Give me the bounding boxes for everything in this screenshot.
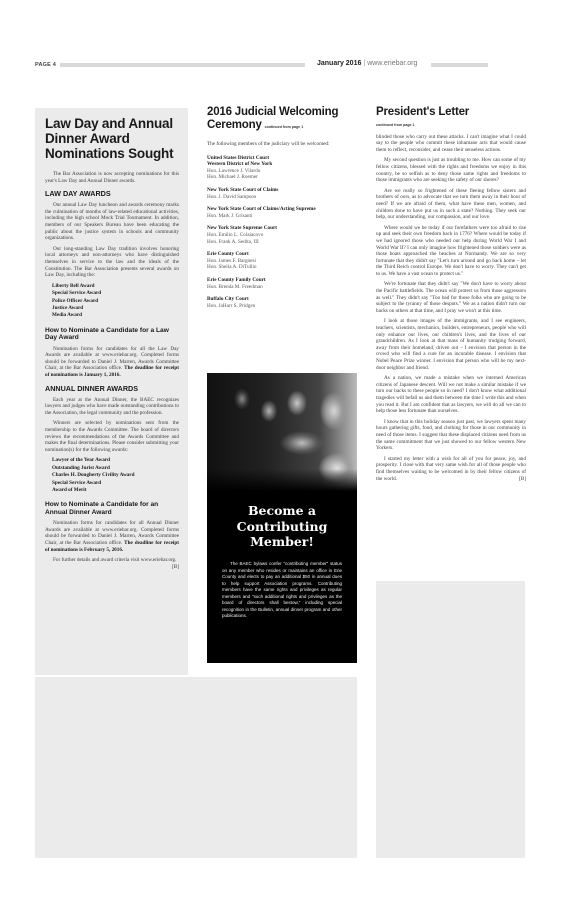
- judiciary-intro: The following members of the judiciary w…: [207, 141, 359, 148]
- award-item: Special Service Award: [52, 480, 179, 487]
- letter-paragraph: I know that in this holiday season just …: [376, 419, 526, 452]
- header-rule-right: [431, 63, 488, 67]
- court-group: New York State Court of Claims Hon. J. D…: [207, 187, 359, 200]
- court-name: New York State Court of Claims: [207, 187, 359, 194]
- law-day-nominate-text: Nomination forms for candidates for all …: [45, 346, 179, 379]
- court-district: Western District of New York: [207, 161, 359, 168]
- annual-dinner-awards-list: Lawyer of the Year Award Outstanding Jur…: [45, 457, 179, 494]
- left-article-title: Law Day and Annual Dinner Award Nominati…: [45, 116, 179, 161]
- promo-title-line-2: Contributing: [237, 519, 328, 534]
- judge-name: Hon. James F. Bargnesi: [207, 258, 359, 265]
- law-day-awards-list: Liberty Bell Award Special Service Award…: [45, 283, 179, 320]
- award-item: Media Award: [52, 312, 179, 319]
- promo-title: Become a Contributing Member!: [207, 503, 357, 550]
- letter-paragraph: As a nation, we made a mistake when we i…: [376, 375, 526, 415]
- court-name: New York State Supreme Court: [207, 225, 359, 232]
- award-item: Special Service Award: [52, 290, 179, 297]
- article-end-mark: [B]: [511, 476, 526, 483]
- letter-paragraph: We're fortunate that they didn't say "We…: [376, 281, 526, 314]
- right-article-title: President's Letter: [376, 106, 526, 119]
- judge-name: Hon. Lawrence J. Vilardo: [207, 168, 359, 175]
- law-day-heading: LAW DAY AWARDS: [45, 190, 179, 198]
- judge-name: Hon. Emilio L. Colaiacovo: [207, 232, 359, 239]
- left-article: Law Day and Annual Dinner Award Nominati…: [45, 116, 179, 570]
- award-item: Award of Merit: [52, 487, 179, 494]
- court-group: New York State Supreme Court Hon. Emilio…: [207, 225, 359, 245]
- court-name: Erie County Court: [207, 251, 359, 258]
- court-group: New York State Court of Claims/Acting Su…: [207, 206, 359, 219]
- middle-article: 2016 Judicial Welcoming Ceremony continu…: [207, 106, 359, 315]
- award-item: Lawyer of the Year Award: [52, 457, 179, 464]
- letter-paragraph: My second question is just as troubling …: [376, 157, 526, 183]
- photo-fade: [207, 469, 357, 491]
- right-article: President's Letter continued from page 1…: [376, 106, 526, 486]
- award-item: Liberty Bell Award: [52, 283, 179, 290]
- judge-name: Hon. JaHarr S. Pridgen: [207, 303, 359, 310]
- annual-dinner-para-1: Each year at the Annual Dinner, the BAEC…: [45, 397, 179, 417]
- judge-name: Hon. Sheila A. DiTullio: [207, 264, 359, 271]
- annual-dinner-nominate-heading: How to Nominate a Candidate for an Annua…: [45, 501, 179, 516]
- header-rule-left: [60, 63, 305, 67]
- court-name: United States District Court: [207, 155, 359, 162]
- header-separator: |: [363, 60, 365, 67]
- judge-name: Hon. Brenda M. Freedman: [207, 284, 359, 291]
- annual-dinner-nominate-text: Nomination forms for candidates for all …: [45, 520, 179, 553]
- continued-note: continued from page 1: [376, 122, 526, 129]
- court-group: Erie County Court Hon. James F. Bargnesi…: [207, 251, 359, 271]
- court-name: New York State Court of Claims/Acting Su…: [207, 206, 359, 213]
- promo-title-line-3: Member!: [250, 534, 314, 549]
- law-day-para-2: Our long-standing Law Day tradition invo…: [45, 246, 179, 279]
- letter-paragraph: blinded those who carry out these attack…: [376, 134, 526, 154]
- continued-note: continued from page 1: [265, 125, 304, 129]
- letter-paragraph: Where would we be today if our forefathe…: [376, 225, 526, 278]
- judge-name: Hon. Mark J. Grisanti: [207, 213, 359, 220]
- annual-dinner-para-2: Winners are selected by nominations sent…: [45, 420, 179, 453]
- header-date-line: January 2016|www.eriebar.org: [317, 60, 417, 67]
- title-line-1: 2016 Judicial Welcoming: [207, 106, 338, 118]
- title-line-2: Ceremony: [207, 119, 262, 131]
- promo-body: The BAEC bylaws confer "contributing mem…: [222, 561, 342, 620]
- annual-dinner-heading: ANNUAL DINNER AWARDS: [45, 385, 179, 393]
- bottom-left-empty-panel: [35, 677, 357, 858]
- right-empty-panel: [376, 581, 525, 858]
- law-day-nominate-heading: How to Nominate a Candidate for a Law Da…: [45, 327, 179, 342]
- issue-date: January 2016: [317, 60, 361, 67]
- award-item: Police Officer Award: [52, 298, 179, 305]
- judge-name: Hon. J. David Sampson: [207, 194, 359, 201]
- letter-paragraph: I started my letter with a wish for all …: [376, 456, 526, 482]
- court-group: United States District Court Western Dis…: [207, 155, 359, 181]
- court-group: Buffalo City Court Hon. JaHarr S. Pridge…: [207, 296, 359, 309]
- court-name: Buffalo City Court: [207, 296, 359, 303]
- contributing-member-ad: Become a Contributing Member! The BAEC b…: [207, 373, 357, 663]
- letter-paragraph: Are we really so frightened of these fle…: [376, 188, 526, 221]
- left-article-intro: The Bar Association is now accepting nom…: [45, 171, 179, 184]
- award-item: Justice Award: [52, 305, 179, 312]
- letter-closing: I started my letter with a wish for all …: [376, 456, 526, 482]
- award-item: Outstanding Jurist Award: [52, 465, 179, 472]
- law-day-para-1: Our annual Law Day luncheon and awards c…: [45, 202, 179, 242]
- court-group: Erie County Family Court Hon. Brenda M. …: [207, 277, 359, 290]
- middle-article-title: 2016 Judicial Welcoming Ceremony continu…: [207, 106, 359, 134]
- promo-title-line-1: Become a: [248, 503, 316, 518]
- judge-name: Hon. Frank A. Sedita, III: [207, 239, 359, 246]
- letter-paragraph: I look at those images of the immigrants…: [376, 318, 526, 371]
- website-link[interactable]: www.eriebar.org: [367, 60, 417, 67]
- court-name: Erie County Family Court: [207, 277, 359, 284]
- closing-text: For further details and award criteria v…: [53, 557, 176, 563]
- award-item: Charles H. Dougherty Civility Award: [52, 472, 179, 479]
- page-number-label: PAGE 4: [35, 62, 56, 68]
- annual-dinner-closing: For further details and award criteria v…: [45, 557, 179, 564]
- article-end-mark: [B]: [164, 564, 179, 571]
- judge-name: Hon. Michael J. Roemer: [207, 174, 359, 181]
